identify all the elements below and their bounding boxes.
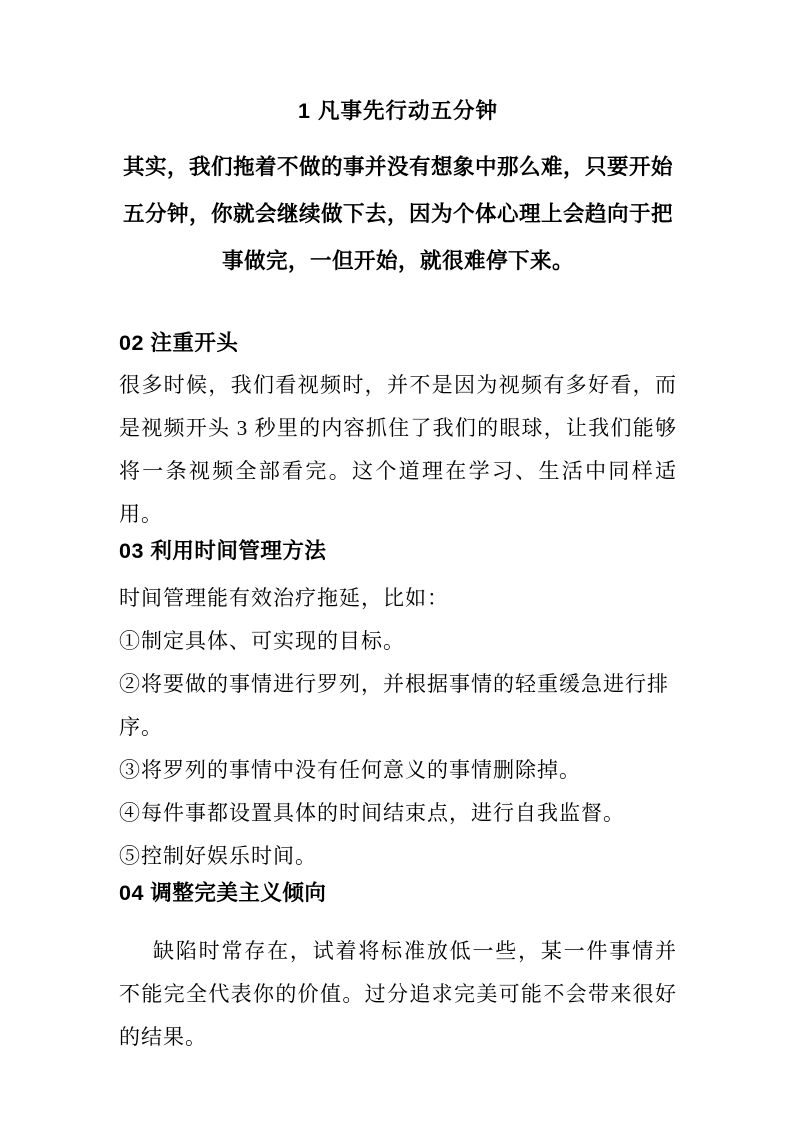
document-page: 1 凡事先行动五分钟 其实，我们拖着不做的事并没有想象中那么难，只要开始五分钟，…	[0, 0, 793, 1122]
time-management-intro: 时间管理能有效治疗拖延，比如：	[119, 577, 677, 620]
section-04-paragraph: 缺陷时常存在，试着将标准放低一些，某一件事情并不能完全代表你的价值。过分追求完美…	[119, 930, 677, 1059]
page-title: 1 凡事先行动五分钟	[119, 96, 677, 127]
intro-paragraph: 其实，我们拖着不做的事并没有想象中那么难，只要开始五分钟，你就会继续做下去，因为…	[119, 144, 677, 285]
time-management-item-3: ③将罗列的事情中没有任何意义的事情删除掉。	[119, 749, 677, 792]
time-management-item-5: ⑤控制好娱乐时间。	[119, 835, 677, 878]
section-02-paragraph: 很多时候，我们看视频时，并不是因为视频有多好看，而是视频开头 3 秒里的内容抓住…	[119, 364, 677, 536]
section-heading-03: 03 利用时间管理方法	[119, 536, 677, 566]
section-heading-04: 04 调整完美主义倾向	[119, 878, 677, 908]
time-management-item-4: ④每件事都设置具体的时间结束点，进行自我监督。	[119, 792, 677, 835]
time-management-item-1: ①制定具体、可实现的目标。	[119, 620, 677, 663]
time-management-item-2: ②将要做的事情进行罗列，并根据事情的轻重缓急进行排序。	[119, 663, 677, 749]
section-heading-02: 02 注重开头	[119, 328, 677, 358]
